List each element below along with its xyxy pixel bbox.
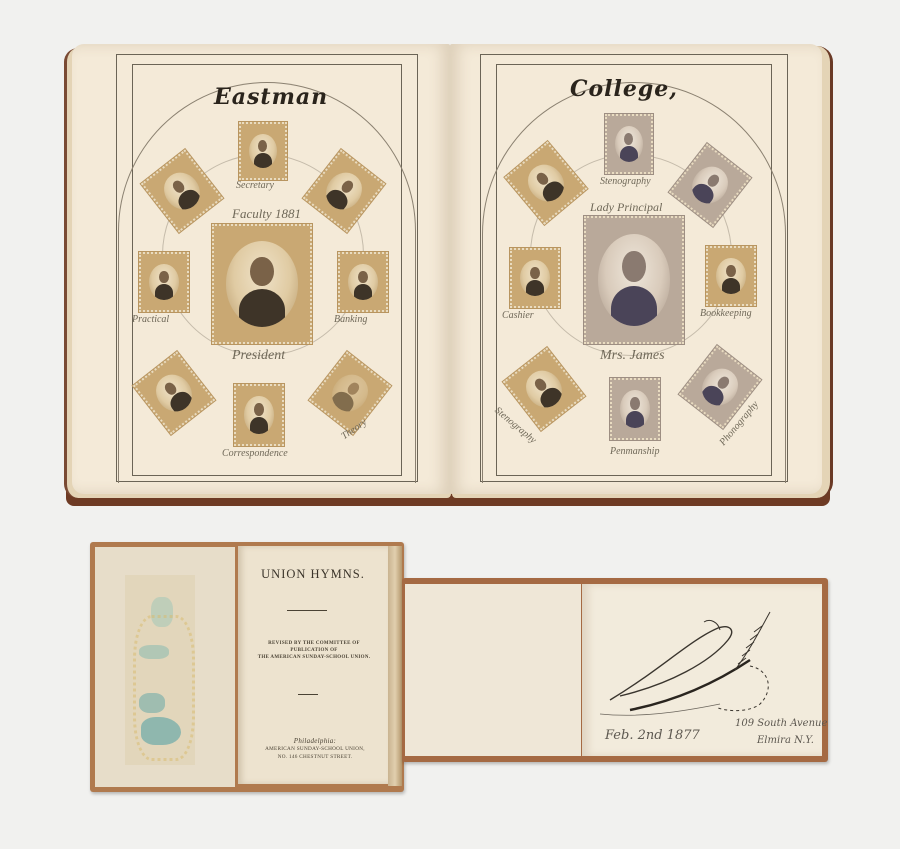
hymn-book-page-edges: [388, 546, 402, 786]
portrait-stamp: [610, 378, 660, 440]
portrait-stamp: [605, 114, 653, 174]
caption: Cashier: [502, 310, 534, 321]
caption: Practical: [132, 314, 169, 325]
caption: Banking: [334, 314, 367, 325]
date-inscription: Feb. 2nd 1877: [605, 728, 700, 743]
caption: Secretary: [236, 180, 274, 191]
portrait-stamp: [510, 248, 560, 308]
autograph-album-left-page: [405, 584, 581, 756]
center-caption: President: [232, 348, 285, 364]
caption: Stenography: [600, 176, 651, 187]
address-line-1: 109 South Avenue: [735, 718, 827, 729]
header-caption: Faculty 1881: [232, 206, 301, 222]
portrait-stamp: [239, 122, 287, 180]
portrait-stamp: [234, 384, 284, 446]
center-caption: Mrs. James: [600, 348, 665, 364]
hymn-book-imprint: Philadelphia: AMERICAN SUNDAY-SCHOOL UNI…: [248, 737, 382, 761]
hymn-book-subtitle: REVISED BY THE COMMITTEE OF PUBLICATION …: [250, 640, 378, 661]
ornament-rule: [298, 694, 318, 695]
caption: Penmanship: [610, 446, 659, 457]
album-left-page: Eastman Secretary Faculty 1881 Practical…: [72, 44, 450, 494]
title-rule: [287, 610, 327, 611]
caption: Correspondence: [222, 448, 288, 459]
caption: Bookkeeping: [700, 308, 752, 319]
album-right-page: College, Stenography Lady Principal Cash…: [450, 44, 822, 494]
principal-portrait-stamp: [584, 216, 684, 344]
album-title-right: College,: [570, 76, 678, 102]
portrait-stamp: [139, 252, 189, 312]
president-portrait-stamp: [212, 224, 312, 344]
portrait-stamp: [706, 246, 756, 306]
portrait-stamp: [338, 252, 388, 312]
address-line-2: Elmira N.Y.: [757, 735, 814, 746]
album-title-left: Eastman: [214, 84, 328, 110]
hymn-book-title: UNION HYMNS.: [238, 567, 388, 582]
header-caption: Lady Principal: [590, 200, 662, 215]
bird-flourish-icon: [600, 600, 800, 730]
hymn-book-stain: [125, 575, 195, 765]
